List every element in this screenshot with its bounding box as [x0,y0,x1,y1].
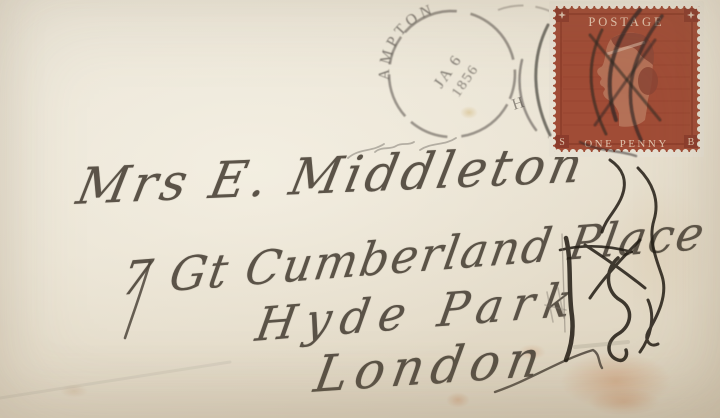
postmark-index-letter: H [510,94,527,114]
profile-face [597,33,654,127]
pencil-smudge [575,342,628,347]
postmark-town-arc: AMPTON [362,0,443,88]
postmark-ring [364,0,539,162]
envelope-photo: Mrs E. Middleton 7 Gt Cumberland Place H… [0,0,720,418]
stain-blob [460,106,478,119]
cancel-stroke [591,30,606,134]
stain-blob [60,384,88,398]
queen-victoria-profile [597,33,658,127]
postmark-second-arc [498,5,591,138]
cancellation-marks [520,10,662,156]
cancel-stroke [595,40,655,125]
penny-red-stamp: POSTAGE ONE PENNY S B [549,1,704,157]
stain-blob [584,98,604,113]
paper-crease [0,362,230,398]
corner-star-icon [687,11,695,19]
profile-hair [611,33,654,65]
stamp-postage-label: POSTAGE [588,15,664,29]
annotation-stroke [608,258,629,360]
stamp-denomination-label: ONE PENNY [584,138,669,150]
cancel-stroke [610,10,640,120]
corner-box [684,135,698,148]
stamp-paper-margin [549,1,704,157]
postmark-day: JA 6 [431,51,466,91]
stamp-inner-frame [561,14,692,144]
profile-diadem [607,42,645,54]
cancel-stroke [630,16,662,140]
address-recipient: Mrs E. Middleton [72,135,592,216]
postmark-cds: AMPTON JA 6 1856 [353,0,539,162]
stamp-perforations [553,6,700,152]
corner-box [555,8,569,22]
stain-blob [446,392,470,408]
stamp-engraving-lines [563,41,690,125]
postmark-year: 1856 [449,62,483,101]
stamp-body [553,6,700,152]
corner-star-icon [558,11,566,19]
stain-blob [588,388,660,416]
cancel-stroke [520,60,536,130]
stain-blob [560,352,672,410]
cancel-stroke [536,25,550,135]
corner-box [684,8,698,22]
cancel-stroke [590,35,660,120]
annotation-stroke [640,300,652,352]
profile-bun [638,67,658,95]
stamp-corners: S B [555,8,698,148]
stamp-corner-letter-right: B [688,137,695,148]
